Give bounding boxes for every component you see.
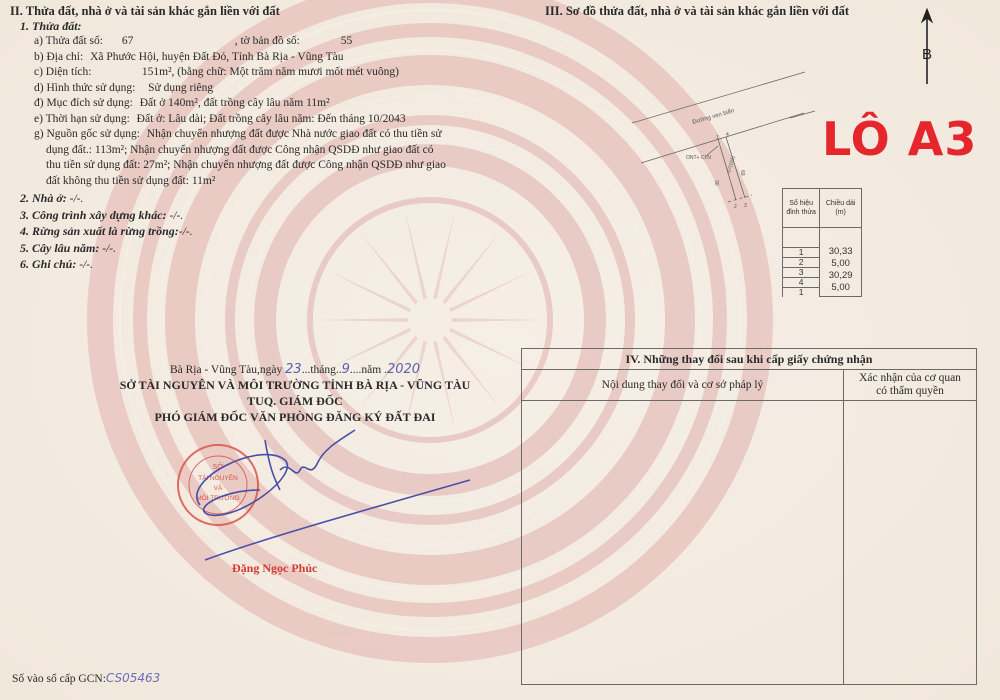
changes-confirm-cell — [844, 401, 976, 684]
changes-header: Nội dung thay đổi và cơ sở pháp lý Xác n… — [522, 370, 976, 401]
stamp-text: VÀ — [214, 483, 223, 492]
changes-content-header: Nội dung thay đổi và cơ sở pháp lý — [522, 370, 844, 400]
gcn-number: CS05463 — [106, 671, 160, 685]
confirm-header-line: Xác nhận của cơ quan — [844, 372, 976, 385]
lot-badge: LÔ A3 — [822, 112, 977, 166]
changes-confirm-header: Xác nhận của cơ quan có thẩm quyền — [844, 370, 976, 400]
gcn-entry: Số vào sổ cấp GCN:CS05463 — [12, 671, 160, 685]
signer-name: Đặng Ngọc Phúc — [232, 561, 317, 576]
changes-body — [522, 401, 976, 684]
section-iv-title: IV. Những thay đổi sau khi cấp giấy chứn… — [522, 349, 976, 370]
changes-table: IV. Những thay đổi sau khi cấp giấy chứn… — [521, 348, 977, 685]
gcn-label: Số vào sổ cấp GCN: — [12, 673, 106, 685]
confirm-header-line: có thẩm quyền — [844, 385, 976, 398]
changes-content-cell — [522, 401, 844, 684]
